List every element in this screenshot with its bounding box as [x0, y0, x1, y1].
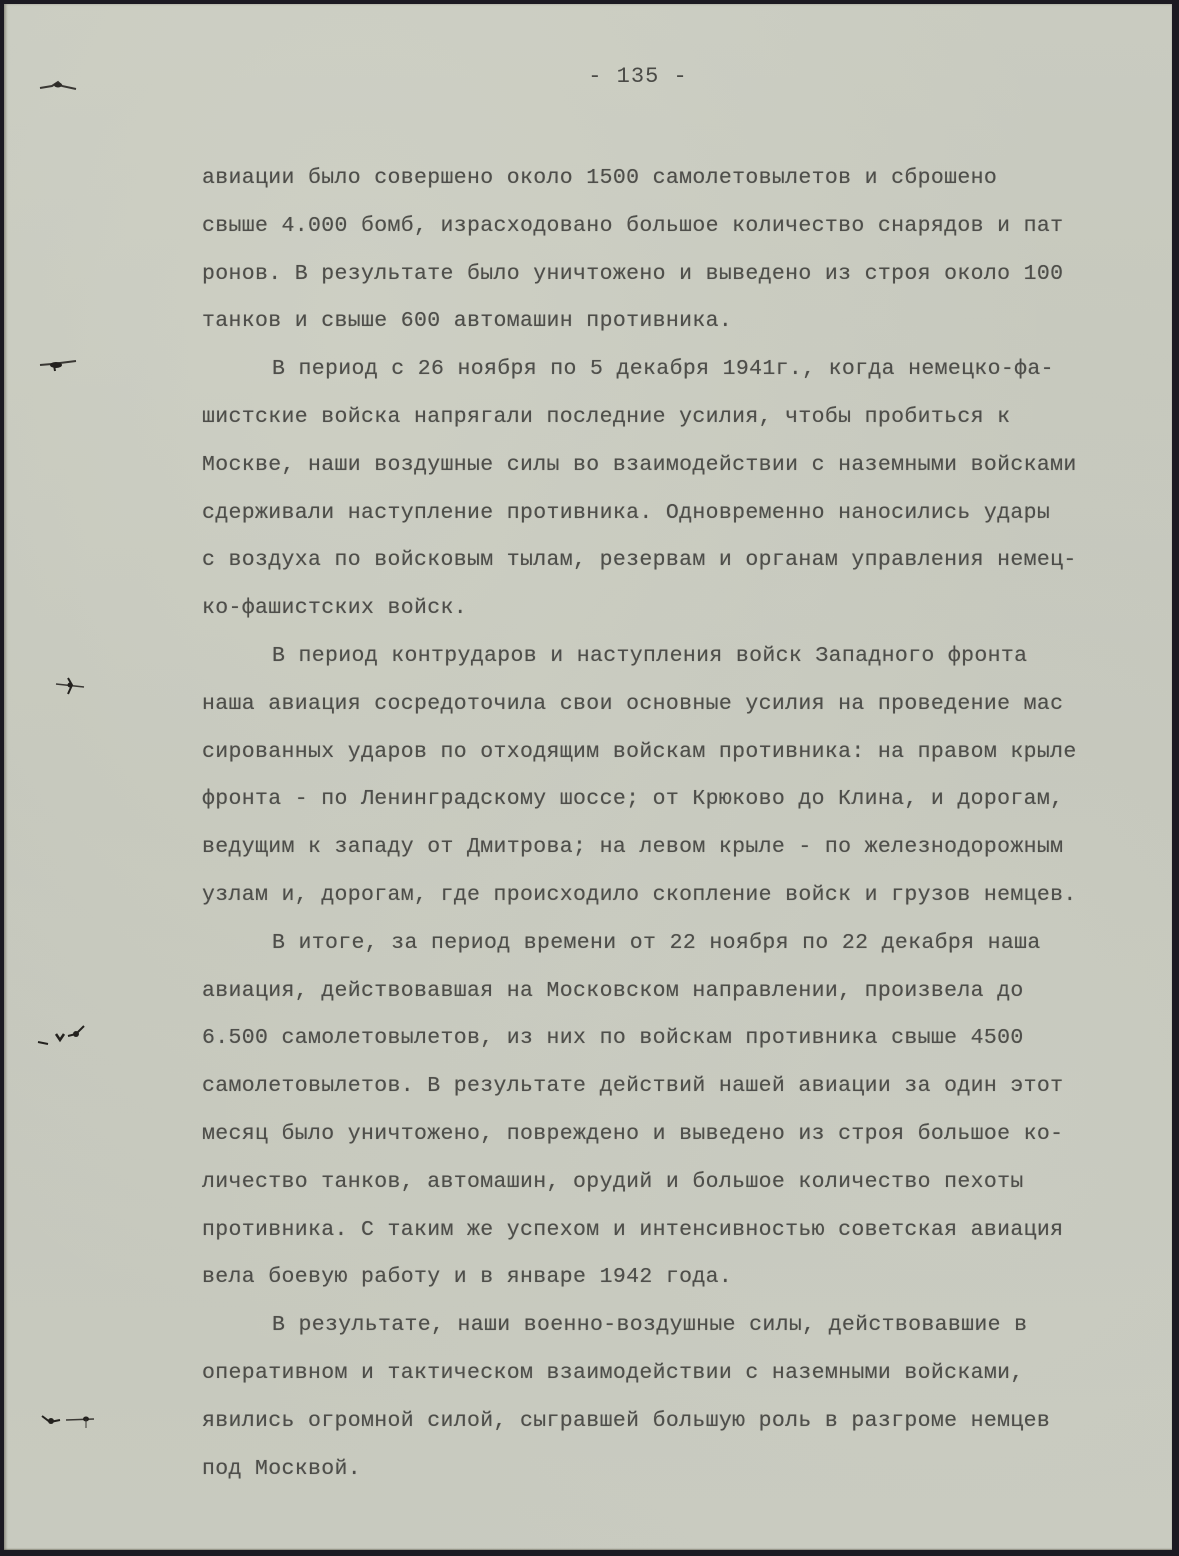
- text-line: с воздуха по войсковым тылам, резервам и…: [202, 537, 1142, 585]
- text-line: авиация, действовавшая на Московском нап…: [202, 968, 1142, 1016]
- binding-hole-icon: [38, 1410, 64, 1418]
- text-line: под Москвой.: [202, 1446, 1142, 1494]
- text-line: 6.500 самолетовылетов, из них по войскам…: [202, 1015, 1142, 1063]
- binding-hole-icon: [54, 676, 80, 684]
- text-line: оперативном и тактическом взаимодействии…: [202, 1350, 1142, 1398]
- paragraph-first-line: В итоге, за период времени от 22 ноября …: [202, 920, 1142, 968]
- text-line: явились огромной силой, сыгравшей большу…: [202, 1398, 1142, 1446]
- text-line: Москве, наши воздушные силы во взаимодей…: [202, 442, 1142, 490]
- paragraph-first-line: В результате, наши военно-воздушные силы…: [202, 1302, 1142, 1350]
- page-number: - 135 -: [4, 64, 1172, 89]
- paragraph-first-line: В период с 26 ноября по 5 декабря 1941г.…: [202, 346, 1142, 394]
- text-line: наша авиация сосредоточила свои основные…: [202, 681, 1142, 729]
- text-line: сдерживали наступление противника. Однов…: [202, 490, 1142, 538]
- text-line: противника. С таким же успехом и интенси…: [202, 1207, 1142, 1255]
- text-line: сированных ударов по отходящим войскам п…: [202, 729, 1142, 777]
- document-page: - 135 - авиации было совершено около 150…: [4, 4, 1172, 1550]
- text-line: ведущим к западу от Дмитрова; на левом к…: [202, 824, 1142, 872]
- binding-hole-icon: [38, 359, 64, 367]
- text-line: ко-фашистских войск.: [202, 585, 1142, 633]
- text-line: авиации было совершено около 1500 самоле…: [202, 155, 1142, 203]
- paragraph-first-line: В период контрударов и наступления войск…: [202, 633, 1142, 681]
- binding-hole-icon: [34, 1024, 60, 1032]
- document-body: авиации было совершено около 1500 самоле…: [202, 155, 1142, 1493]
- text-line: свыше 4.000 бомб, израсходовано большое …: [202, 203, 1142, 251]
- text-line: ронов. В результате было уничтожено и вы…: [202, 251, 1142, 299]
- binding-hole-icon: [38, 80, 64, 88]
- text-line: вела боевую работу и в январе 1942 года.: [202, 1254, 1142, 1302]
- text-line: узлам и, дорогам, где происходило скопле…: [202, 872, 1142, 920]
- text-line: танков и свыше 600 автомашин противника.: [202, 298, 1142, 346]
- text-line: личество танков, автомашин, орудий и бол…: [202, 1159, 1142, 1207]
- text-line: самолетовылетов. В результате действий н…: [202, 1063, 1142, 1111]
- text-line: шистские войска напрягали последние усил…: [202, 394, 1142, 442]
- text-line: месяц было уничтожено, повреждено и выве…: [202, 1111, 1142, 1159]
- text-line: фронта - по Ленинградскому шоссе; от Крю…: [202, 776, 1142, 824]
